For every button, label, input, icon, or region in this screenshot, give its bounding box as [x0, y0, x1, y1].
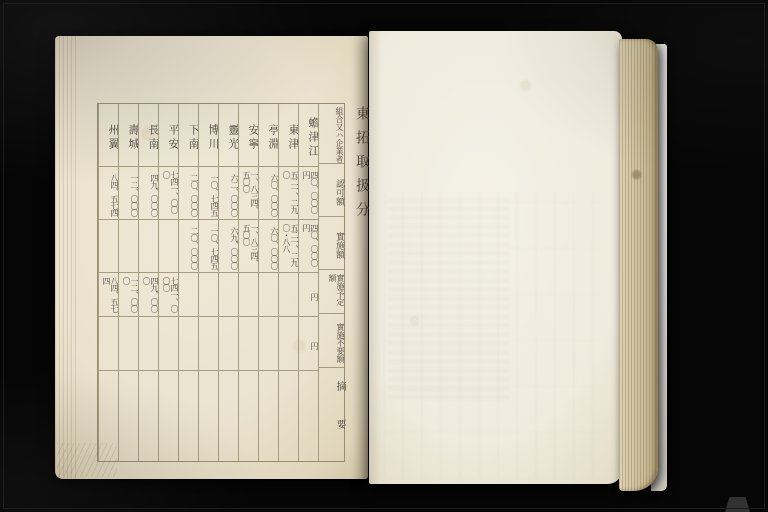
table-cell — [99, 316, 118, 370]
table-cell — [219, 316, 238, 370]
table-cell: 一〇、七四五 — [199, 219, 218, 272]
row-label-implemented-amount: 實施額 — [319, 216, 344, 269]
irrigation-amount-table: 組合又ハ企業者 認可額 實施額 實施予定額 實施不要額 摘要 蟾津江四〇、〇〇〇… — [97, 103, 345, 462]
column-header: 東津 — [279, 104, 298, 166]
row-label-remarks: 摘要 — [319, 367, 344, 461]
table-cell — [179, 272, 198, 316]
right-page-blank — [369, 31, 622, 484]
table-cell — [159, 370, 178, 460]
table-cell — [299, 370, 318, 460]
table-cell: 二〇、〇〇〇 — [179, 166, 198, 219]
table-cell — [199, 272, 218, 316]
table-cell: 八四、五七四 — [99, 272, 118, 316]
table-column: 東津五二一、二九〇五二一、二九〇・八八 — [278, 104, 298, 461]
table-cell — [239, 316, 258, 370]
table-cell: 一〇、七四五 — [199, 166, 218, 219]
table-cell: 四〇、〇〇〇円 — [299, 219, 318, 272]
table-cell: 一、八三四、五〇〇 — [239, 166, 258, 219]
row-label-approved-amount: 認可額 — [319, 163, 344, 216]
table-column: 博川一〇、七四五一〇、七四五 — [198, 104, 218, 461]
table-cell: 一二、〇〇〇 — [119, 272, 138, 316]
table-cell — [219, 272, 238, 316]
table-cell: 四九、〇〇〇 — [139, 272, 158, 316]
table-cell — [239, 272, 258, 316]
table-cell — [159, 219, 178, 272]
table-cell — [139, 219, 158, 272]
column-header: 長南 — [139, 104, 158, 166]
table-cell: 一二、〇〇〇 — [119, 166, 138, 219]
table-cell — [159, 316, 178, 370]
table-cell: 四九、〇〇〇 — [139, 166, 158, 219]
table-cell — [259, 370, 278, 460]
table-column: 安寧一、八三四、五〇〇一、八三四、五〇〇 — [238, 104, 258, 461]
left-page-stack-edges — [55, 36, 77, 479]
book-fore-edge-pages — [619, 39, 658, 491]
table-cell — [179, 316, 198, 370]
column-header: 博川 — [199, 104, 218, 166]
table-cell: 円 — [299, 272, 318, 316]
left-page: 組合又ハ企業者 認可額 實施額 實施予定額 實施不要額 摘要 蟾津江四〇、〇〇〇… — [55, 36, 368, 479]
table-cell: 六〇、〇〇〇 — [259, 166, 278, 219]
table-cell — [179, 370, 198, 460]
table-column: 州翼八四、五七四八四、五七四 — [98, 104, 118, 461]
table-cell: 二〇、〇〇〇 — [179, 219, 198, 272]
table-cell — [139, 370, 158, 460]
table-cell — [99, 370, 118, 460]
table-cell — [239, 370, 258, 460]
table-column: 平安七四一、〇〇〇七四一、〇〇〇 — [158, 104, 178, 461]
row-label-unneeded-amount: 實施不要額 — [319, 313, 344, 367]
margin-title: 東拓取扱分 — [351, 106, 371, 286]
table-cell — [259, 316, 278, 370]
table-cell: 七四一、〇〇〇 — [159, 272, 178, 316]
display-stand-foot — [725, 497, 750, 512]
show-through-ghost-text — [389, 199, 509, 399]
table-cell: 五二一、二九〇 — [279, 166, 298, 219]
table-cell: 一、八三四、五〇〇 — [239, 219, 258, 272]
corner-header: 組合又ハ企業者 — [319, 104, 344, 163]
column-header: 蟾津江 — [299, 104, 318, 166]
table-cell — [119, 219, 138, 272]
table-cell: 六〇、〇〇〇 — [259, 219, 278, 272]
table-cell: 六二、〇〇〇 — [219, 166, 238, 219]
table-cell — [279, 316, 298, 370]
table-cell — [139, 316, 158, 370]
row-label-planned-amount: 實施予定額 — [319, 269, 344, 313]
table-cell: 七四一、〇〇〇 — [159, 166, 178, 219]
table-cell — [119, 370, 138, 460]
table-cell — [119, 316, 138, 370]
table-column: 亭淵六〇、〇〇〇六〇、〇〇〇 — [258, 104, 278, 461]
table-cell: 五二一、二九〇・八八 — [279, 219, 298, 272]
table-label-column: 組合又ハ企業者 認可額 實施額 實施予定額 實施不要額 摘要 — [318, 104, 344, 461]
column-header: 安寧 — [239, 104, 258, 166]
table-column: 長南四九、〇〇〇四九、〇〇〇 — [138, 104, 158, 461]
column-header: 州翼 — [99, 104, 118, 166]
table-column: 蟾津江四〇、〇〇〇円四〇、〇〇〇円円円 — [298, 104, 318, 461]
column-header: 壽城 — [119, 104, 138, 166]
table-cell — [279, 272, 298, 316]
column-header: 亭淵 — [259, 104, 278, 166]
column-header: 下南 — [179, 104, 198, 166]
table-cell — [279, 370, 298, 460]
table-column: 靈光六二、〇〇〇六九、〇〇〇 — [218, 104, 238, 461]
table-cell — [259, 272, 278, 316]
table-cell — [219, 370, 238, 460]
table-cell: 四〇、〇〇〇円 — [299, 166, 318, 219]
table-cell: 八四、五七四 — [99, 166, 118, 219]
photo-of-open-ledger: 組合又ハ企業者 認可額 實施額 實施予定額 實施不要額 摘要 蟾津江四〇、〇〇〇… — [0, 0, 768, 512]
column-header: 靈光 — [219, 104, 238, 166]
table-column: 壽城一二、〇〇〇一二、〇〇〇 — [118, 104, 138, 461]
table-cell — [199, 370, 218, 460]
table-column: 下南二〇、〇〇〇二〇、〇〇〇 — [178, 104, 198, 461]
table-cell — [199, 316, 218, 370]
table-cell — [99, 219, 118, 272]
column-header: 平安 — [159, 104, 178, 166]
table-cell: 円 — [299, 316, 318, 370]
table-cell: 六九、〇〇〇 — [219, 219, 238, 272]
